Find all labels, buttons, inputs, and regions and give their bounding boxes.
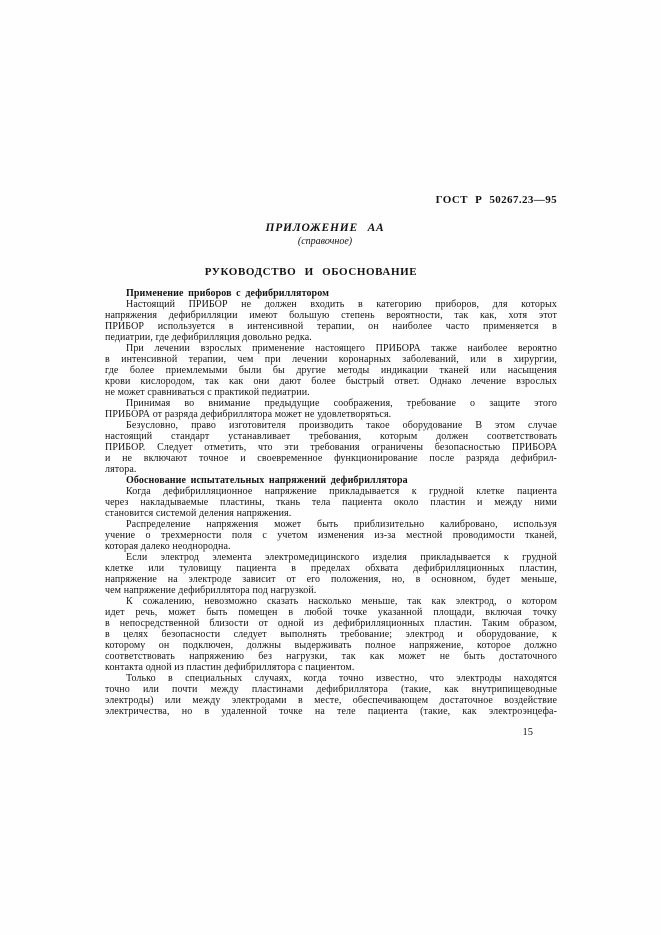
text-line: и не включают точное и своевременное фун… [105, 453, 557, 464]
text-line: Если электрод элемента электромедицинско… [105, 552, 557, 563]
section-title: РУКОВОДСТВО И ОБОСНОВАНИЕ [85, 266, 537, 278]
text-line: Только в специальных случаях, когда точн… [105, 673, 557, 684]
paragraph-heading: Применение приборов с дефибриллятором [105, 288, 557, 299]
text-line: педиатрии, где дефибрилляция довольно ре… [105, 332, 557, 343]
text-line: Безусловно, право изготовителя производи… [105, 420, 557, 431]
text-line: чем напряжение дефибриллятора под нагруз… [105, 585, 557, 596]
text-line: где более приемлемыми были бы другие мет… [105, 365, 557, 376]
document-code: ГОСТ Р 50267.23—95 [436, 194, 557, 206]
document-page: ГОСТ Р 50267.23—95 ПРИЛОЖЕНИЕ АА (справо… [0, 0, 661, 935]
text-line: в интенсивной терапии, чем при лечении к… [105, 354, 557, 365]
text-line: ПРИБОР используется в интенсивной терапи… [105, 321, 557, 332]
text-line: идет речь, может быть помещен в любой то… [105, 607, 557, 618]
text-line: При лечении взрослых применение настояще… [105, 343, 557, 354]
page-number: 15 [523, 727, 534, 738]
text-line: не может сравниваться с практикой педиат… [105, 387, 557, 398]
text-line: становится системой деления напряжения. [105, 508, 557, 519]
text-line: электричества, но в удаленной точке на т… [105, 706, 557, 717]
text-line: соответствовать напряжению без нагрузки,… [105, 651, 557, 662]
text-line: напряжения дефибрилляции имеют большую с… [105, 310, 557, 321]
text-line: учение о трехмерности поля с учетом изме… [105, 530, 557, 541]
text-line: точно или почти между пластинами дефибри… [105, 684, 557, 695]
text-line: К сожалению, невозможно сказать наскольк… [105, 596, 557, 607]
text-line: в целях безопасности следует выполнять т… [105, 629, 557, 640]
text-line: контакта одной из пластин дефибриллятора… [105, 662, 557, 673]
appendix-subtitle: (справочное) [105, 236, 545, 247]
appendix-title: ПРИЛОЖЕНИЕ АА [105, 222, 545, 234]
text-line: через накладываемые пластины, ткань тела… [105, 497, 557, 508]
text-line: клетке или туловищу пациента в пределах … [105, 563, 557, 574]
text-line: Когда дефибрилляционное напряжение прикл… [105, 486, 557, 497]
text-line: лятора. [105, 464, 557, 475]
text-line: ПРИБОРА от разряда дефибриллятора может … [105, 409, 557, 420]
text-line: настоящий стандарт устанавливает требова… [105, 431, 557, 442]
text-line: которая далеко неоднородна. [105, 541, 557, 552]
text-line: в непосредственной близости от одной из … [105, 618, 557, 629]
text-line: напряжение на электроде зависит от его п… [105, 574, 557, 585]
text-line: электроды) или между электродами в месте… [105, 695, 557, 706]
text-line: крови кислородом, так как они дают более… [105, 376, 557, 387]
text-line: Настоящий ПРИБОР не должен входить в кат… [105, 299, 557, 310]
text-line: которому он подключен, должны выдерживат… [105, 640, 557, 651]
text-line: ПРИБОР. Следует отметить, что эти требов… [105, 442, 557, 453]
body-text: Применение приборов с дефибрилляторомНас… [105, 288, 557, 717]
text-line: Распределение напряжения может быть приб… [105, 519, 557, 530]
paragraph-heading: Обоснование испытательных напряжений деф… [105, 475, 557, 486]
text-line: Принимая во внимание предыдущие соображе… [105, 398, 557, 409]
